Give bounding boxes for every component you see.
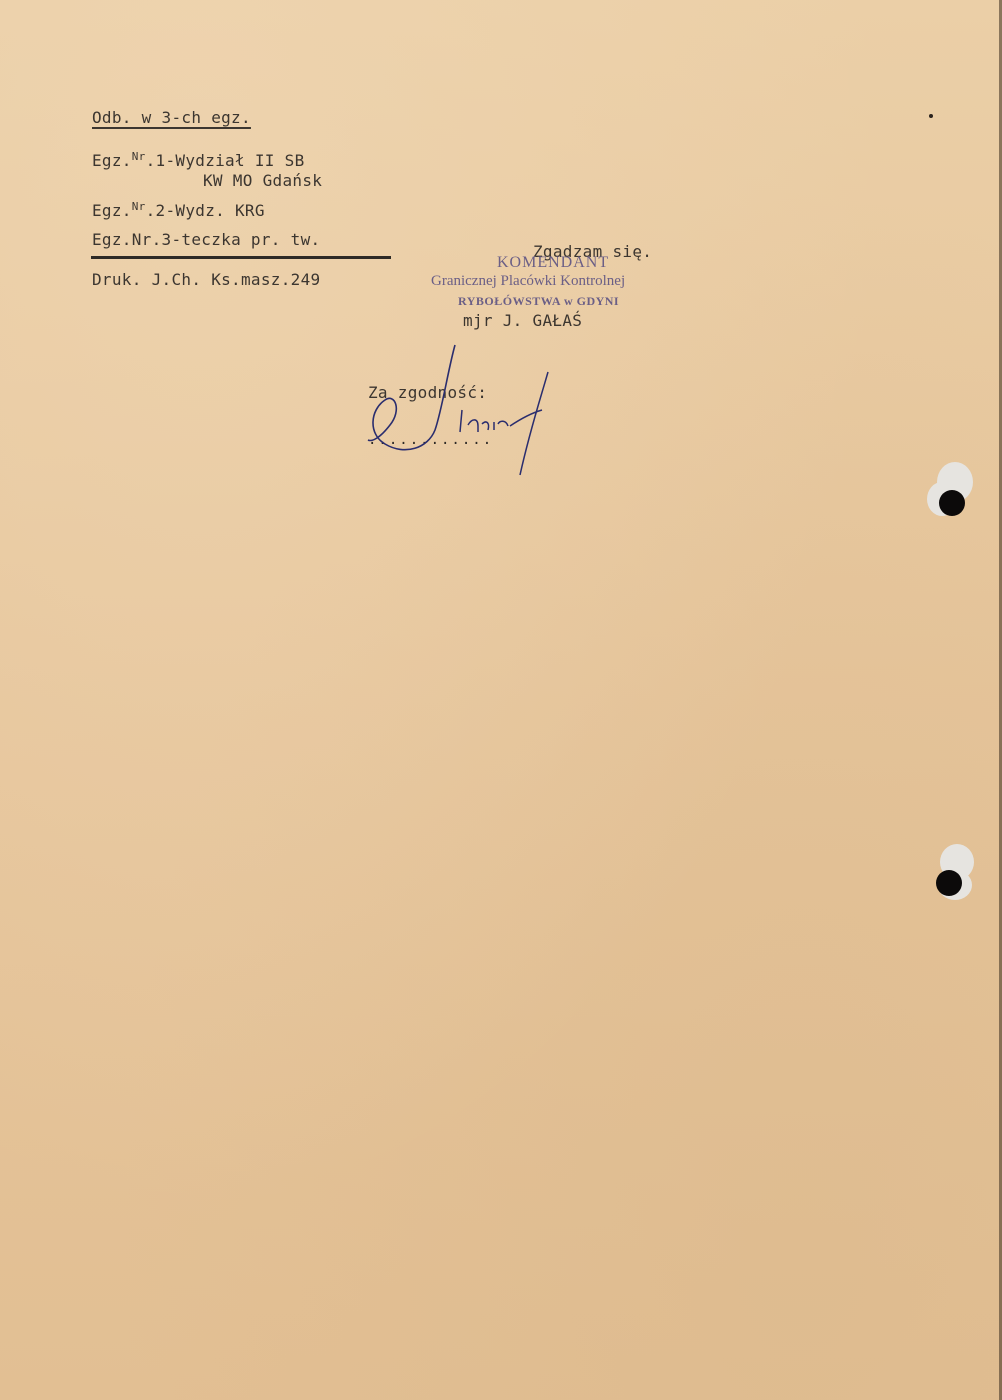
separator-rule	[91, 256, 391, 259]
copy-prefix: Egz.	[92, 230, 132, 249]
print-info: Druk. J.Ch. Ks.masz.249	[92, 270, 320, 289]
distribution-header: Odb. w 3-ch egz.	[92, 108, 251, 127]
copy-1-line2: KW MO Gdańsk	[203, 171, 322, 190]
handwritten-signature	[350, 330, 560, 480]
stamp-line-placowki: Granicznej Placówki Kontrolnej	[431, 273, 625, 290]
copy-nr-superscript: Nr	[132, 200, 146, 213]
copy-nr: Nr	[132, 230, 152, 249]
copy-nr-superscript: Nr	[132, 150, 146, 163]
copy-3-line: Egz.Nr.3-teczka pr. tw.	[92, 230, 320, 249]
copy-destination: .1-Wydział II SB	[146, 151, 305, 170]
copy-prefix: Egz.	[92, 201, 132, 220]
stamp-line-rybolowstwa: RYBOŁÓWSTWA w GDYNI	[458, 294, 619, 309]
paper-speck	[929, 114, 933, 118]
officer-name: mjr J. GAŁAŚ	[463, 311, 582, 330]
copy-prefix: Egz.	[92, 151, 132, 170]
copy-destination: .2-Wydz. KRG	[146, 201, 265, 220]
stamp-line-komendant: KOMENDANT	[497, 254, 609, 272]
copy-2-line: Egz.Nr.2-Wydz. KRG	[92, 200, 265, 220]
copy-destination: .3-teczka pr. tw.	[152, 230, 321, 249]
copy-1-line: Egz.Nr.1-Wydział II SB	[92, 150, 305, 170]
